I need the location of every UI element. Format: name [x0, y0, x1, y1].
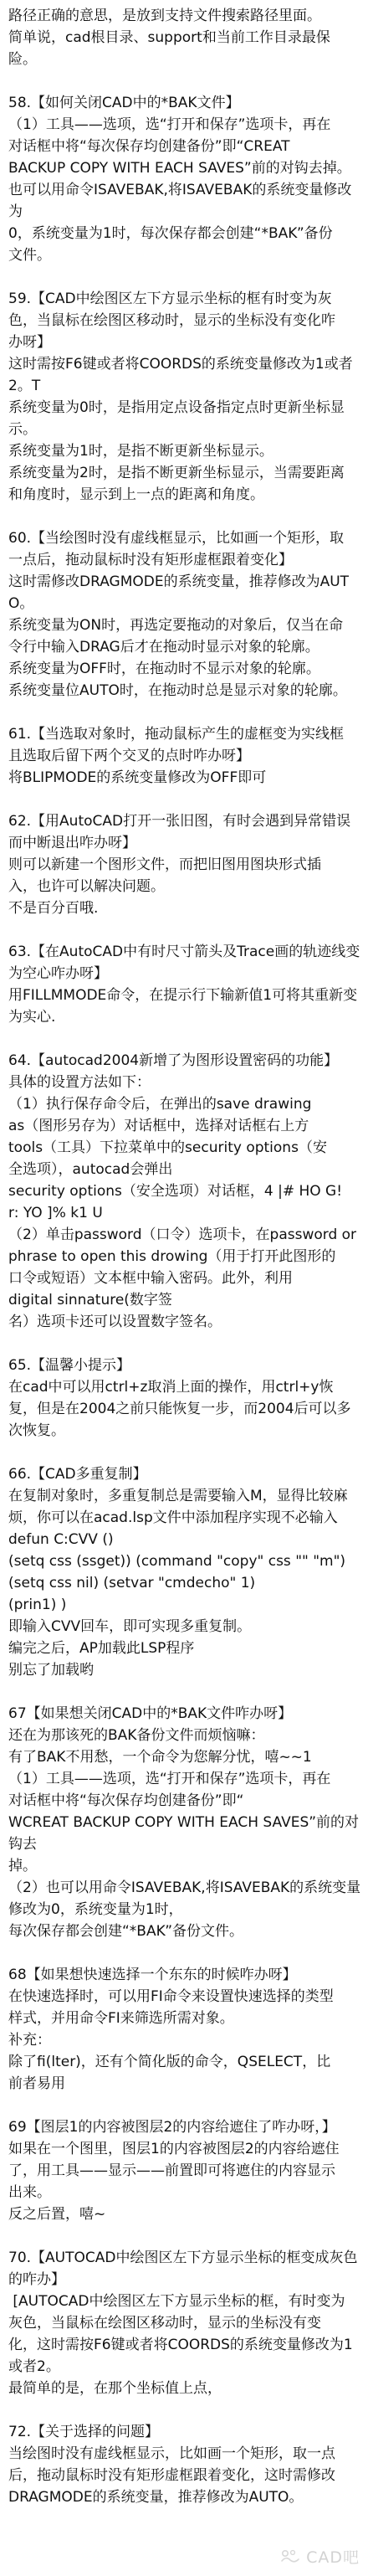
text-line: 和角度时，显示到上一点的距离和角度。: [8, 484, 363, 506]
text-line: 61.【当选取对象时，拖动鼠标产生的虚框变为实线框: [8, 723, 363, 745]
text-line: 系统变量为ON时，再选定要拖动的对象后，仅当在命: [8, 614, 363, 636]
text-line: 灰色，当鼠标在绘图区移动时，显示的坐标没有变: [8, 2312, 363, 2334]
text-line: 具体的设置方法如下：: [8, 1072, 363, 1093]
text-line: 60.【当绘图时没有虚线框显示，比如画一个矩形，取: [8, 527, 363, 549]
text-line: 65.【温馨小提示】: [8, 1355, 363, 1376]
paragraph: 66.【CAD多重复制】在复制对象时，多重复制总是需要输入M，显得比较麻烦，你可…: [8, 1463, 363, 1681]
watermark: CAD吧: [279, 2545, 360, 2568]
text-line: 化，这时需按F6键或者将COORDS的系统变量修改为1: [8, 2334, 363, 2356]
text-line: 令行中输入DRAG后才在拖动时显示对象的轮廓。: [8, 636, 363, 658]
text-line: 反之后置，嘻~: [8, 2203, 363, 2225]
text-line: 路径正确的意思，是放到支持文件搜索路径里面。: [8, 5, 363, 27]
text-line: 72.【关于选择的问题】: [8, 2421, 363, 2443]
text-line: 即输入CVV回车，即可实现多重复制。: [8, 1616, 363, 1638]
text-line: 入，也许可以解决问题。: [8, 876, 363, 897]
text-line: 系统变量位AUTO时，在拖动时总是显示对象的轮廓。: [8, 680, 363, 702]
text-line: 69【图层1的内容被图层2的内容给遮住了咋办呀，】: [8, 2116, 363, 2138]
text-line: 系统变量为1时，是指不断更新坐标显示。: [8, 440, 363, 462]
text-line: 这时需按F6键或者将COORDS的系统变量修改为1或者: [8, 353, 363, 375]
text-line: 有了BAK不用愁，一个命令为您解分忧，嘻~~1: [8, 1746, 363, 1768]
text-line: r: YO ]% k1 U: [8, 1202, 363, 1224]
text-line: （1）工具——选项，选“打开和保存”选项卡，再在: [8, 114, 363, 136]
text-line: （2）单击password（口令）选项卡，在password or: [8, 1224, 363, 1246]
text-line: 色，当鼠标在绘图区移动时，显示的坐标没有变化咋: [8, 310, 363, 332]
text-line: 在快速选择时，可以用FI命令来设置快速选择的类型: [8, 1986, 363, 2008]
text-line: 系统变量为2时，是指不断更新坐标显示，当需要距离: [8, 462, 363, 484]
text-line: 名）选项卡还可以设置数字签名。: [8, 1311, 363, 1333]
text-line: 全选项），autocad会弹出: [8, 1159, 363, 1180]
text-line: 除了fi(lter)，还有个简化版的命令，QSELECT，比: [8, 2051, 363, 2073]
text-line: 用FILLMMODE命令，在提示行下输新值1可将其重新变: [8, 985, 363, 1006]
text-line: 示。: [8, 419, 363, 440]
paragraph: 68【如果想快速选择一个东东的时候咋办呀】在快速选择时，可以用FI命令来设置快速…: [8, 1964, 363, 2095]
text-line: phrase to open this drowing（用于打开此图形的: [8, 1246, 363, 1267]
text-line: (setq css (ssget)) (command "copy" css "…: [8, 1550, 363, 1572]
text-line: 掉。: [8, 1855, 363, 1877]
text-line: 前者易用: [8, 2073, 363, 2095]
text-line: （1）执行保存命令后，在弹出的save drawing: [8, 1093, 363, 1115]
paragraph: 61.【当选取对象时，拖动鼠标产生的虚框变为实线框且选取后留下两个交叉的点时咋办…: [8, 723, 363, 789]
text-line: 将BLIPMODE的系统变量修改为OFF即可: [8, 767, 363, 789]
text-line: 口令或短语）文本框中输入密码。此外，利用: [8, 1267, 363, 1289]
text-line: 63.【在AutoCAD中有时尺寸箭头及Trace画的轨迹线变: [8, 941, 363, 963]
text-line: 67【如果想关闭CAD中的*BAK文件咋办呀】: [8, 1703, 363, 1725]
text-line: 0，系统变量为1时，每次保存都会创建“*BAK”备份: [8, 223, 363, 244]
article: 路径正确的意思，是放到支持文件搜索路径里面。简单说，cad根目录、support…: [8, 5, 363, 2530]
text-line: 2。T: [8, 375, 363, 397]
text-line: 了，用工具——显示——前置即可将遮住的内容显示: [8, 2160, 363, 2182]
text-line: （1）工具——选项，选“打开和保存”选项卡，再在: [8, 1768, 363, 1790]
text-line: 简单说，cad根目录、support和当前工作目录最保: [8, 27, 363, 49]
text-line: 为空心咋办呀】: [8, 963, 363, 985]
text-line: 文件。: [8, 244, 363, 266]
paragraph: 65.【温馨小提示】在cad中可以用ctrl+z取消上面的操作，用ctrl+y恢…: [8, 1355, 363, 1442]
text-line: 还在为那该死的BAK备份文件而烦恼嘛：: [8, 1725, 363, 1746]
text-line: 最简单的是，在那个坐标值上点，: [8, 2378, 363, 2399]
paragraph: 58.【如何关闭CAD中的*BAK文件】（1）工具——选项，选“打开和保存”选项…: [8, 92, 363, 266]
paragraph: 69【图层1的内容被图层2的内容给遮住了咋办呀，】如果在一个图里，图层1的内容被…: [8, 2116, 363, 2225]
paragraph: 64.【autocad2004新增了为图形设置密码的功能】具体的设置方法如下：（…: [8, 1050, 363, 1333]
text-line: 68【如果想快速选择一个东东的时候咋办呀】: [8, 1964, 363, 1986]
paragraph: 62.【用AutoCAD打开一张旧图，有时会遇到异常错误而中断退出咋办呀】则可以…: [8, 810, 363, 919]
text-line: defun C:CVV (): [8, 1529, 363, 1550]
text-line: 则可以新建一个图形文件，而把旧图用图块形式插: [8, 854, 363, 876]
text-line: 后，拖动鼠标时没有矩形虚框跟着变化，这时需修改: [8, 2465, 363, 2486]
text-line: 的咋办】: [8, 2269, 363, 2291]
paragraph: 72.【关于选择的问题】当绘图时没有虚线框显示，比如画一个矩形，取一点后，拖动鼠…: [8, 2421, 363, 2508]
text-line: 烦，你可以在acad.lsp文件中添加程序实现不必输入: [8, 1507, 363, 1529]
text-line: 次恢复。: [8, 1420, 363, 1442]
text-line: (setq css nil) (setvar "cmdecho" 1): [8, 1572, 363, 1594]
text-line: digital sinnature(数字签: [8, 1289, 363, 1311]
text-line: 编完之后，AP加载此LSP程序: [8, 1638, 363, 1659]
text-line: 62.【用AutoCAD打开一张旧图，有时会遇到异常错误: [8, 810, 363, 832]
cadba-logo-icon: [279, 2548, 301, 2565]
text-line: 而中断退出咋办呀】: [8, 832, 363, 854]
paragraph: 63.【在AutoCAD中有时尺寸箭头及Trace画的轨迹线变为空心咋办呀】用F…: [8, 941, 363, 1028]
text-line: as（图形另存为）对话框中，选择对话框右上方: [8, 1115, 363, 1137]
text-line: 修改为0，系统变量为1时，: [8, 1899, 363, 1920]
text-line: DRAGMODE的系统变量，推荐修改为AUTO。: [8, 2486, 363, 2508]
paragraph: 59.【CAD中绘图区左下方显示坐标的框有时变为灰色，当鼠标在绘图区移动时，显示…: [8, 288, 363, 506]
paragraph: 60.【当绘图时没有虚线框显示，比如画一个矩形，取一点后，拖动鼠标时没有矩形虚框…: [8, 527, 363, 702]
text-line: (prin1) ): [8, 1594, 363, 1616]
text-line: 70.【AUTOCAD中绘图区左下方显示坐标的框变成灰色: [8, 2247, 363, 2269]
text-line: 样式，并用命令FI来筛选所需对象。: [8, 2008, 363, 2029]
text-line: 且选取后留下两个交叉的点时咋办呀】: [8, 745, 363, 767]
text-line: 出来。: [8, 2182, 363, 2203]
text-line: 为实心.: [8, 1006, 363, 1028]
paragraph: 70.【AUTOCAD中绘图区左下方显示坐标的框变成灰色的咋办】 [AUTOCA…: [8, 2247, 363, 2399]
text-line: 复，但是在2004之前只能恢复一步，而2004后可以多: [8, 1398, 363, 1420]
text-line: 一点后，拖动鼠标时没有矩形虚框跟着变化】: [8, 549, 363, 571]
text-line: BACKUP COPY WITH EACH SAVES”前的对钩去掉。: [8, 157, 363, 179]
text-line: 别忘了加载哟: [8, 1659, 363, 1681]
text-line: 在复制对象时，多重复制总是需要输入M，显得比较麻: [8, 1485, 363, 1507]
paragraph: 67【如果想关闭CAD中的*BAK文件咋办呀】还在为那该死的BAK备份文件而烦恼…: [8, 1703, 363, 1942]
watermark-label: CAD吧: [306, 2545, 360, 2568]
text-line: 或者2。: [8, 2356, 363, 2378]
text-line: 如果在一个图里，图层1的内容被图层2的内容给遮住: [8, 2138, 363, 2160]
text-line: [AUTOCAD中绘图区左下方显示坐标的框，有时变为: [8, 2291, 363, 2312]
text-line: （2）也可以用命令ISAVEBAK,将ISAVEBAK的系统变量: [8, 1877, 363, 1899]
text-line: tools（工具）下拉菜单中的security options（安: [8, 1137, 363, 1159]
text-line: 每次保存都会创建“*BAK”备份文件。: [8, 1920, 363, 1942]
text-line: 59.【CAD中绘图区左下方显示坐标的框有时变为灰: [8, 288, 363, 310]
text-line: 也可以用命令ISAVEBAK,将ISAVEBAK的系统变量修改为: [8, 179, 363, 223]
text-line: security options（安全选项）对话框，4 |# HO G!: [8, 1180, 363, 1202]
text-line: 64.【autocad2004新增了为图形设置密码的功能】: [8, 1050, 363, 1072]
text-line: 补充：: [8, 2029, 363, 2051]
text-line: 系统变量为OFF时，在拖动时不显示对象的轮廓。: [8, 658, 363, 680]
text-line: 不是百分百哦.: [8, 897, 363, 919]
text-line: 这时需修改DRAGMODE的系统变量，推荐修改为AUTO。: [8, 571, 363, 614]
text-line: 系统变量为0时，是指用定点设备指定点时更新坐标显: [8, 397, 363, 419]
text-line: WCREAT BACKUP COPY WITH EACH SAVES”前的对钩去: [8, 1812, 363, 1855]
paragraph: 路径正确的意思，是放到支持文件搜索路径里面。简单说，cad根目录、support…: [8, 5, 363, 70]
text-line: 在cad中可以用ctrl+z取消上面的操作，用ctrl+y恢: [8, 1376, 363, 1398]
text-line: 对话框中将“每次保存均创建备份”即“CREAT: [8, 136, 363, 157]
text-line: 58.【如何关闭CAD中的*BAK文件】: [8, 92, 363, 114]
text-line: 险。: [8, 49, 363, 70]
text-line: 办呀】: [8, 332, 363, 353]
text-line: 对话框中将“每次保存均创建备份”即“: [8, 1790, 363, 1812]
text-line: 66.【CAD多重复制】: [8, 1463, 363, 1485]
text-line: 当绘图时没有虚线框显示，比如画一个矩形，取一点: [8, 2443, 363, 2465]
